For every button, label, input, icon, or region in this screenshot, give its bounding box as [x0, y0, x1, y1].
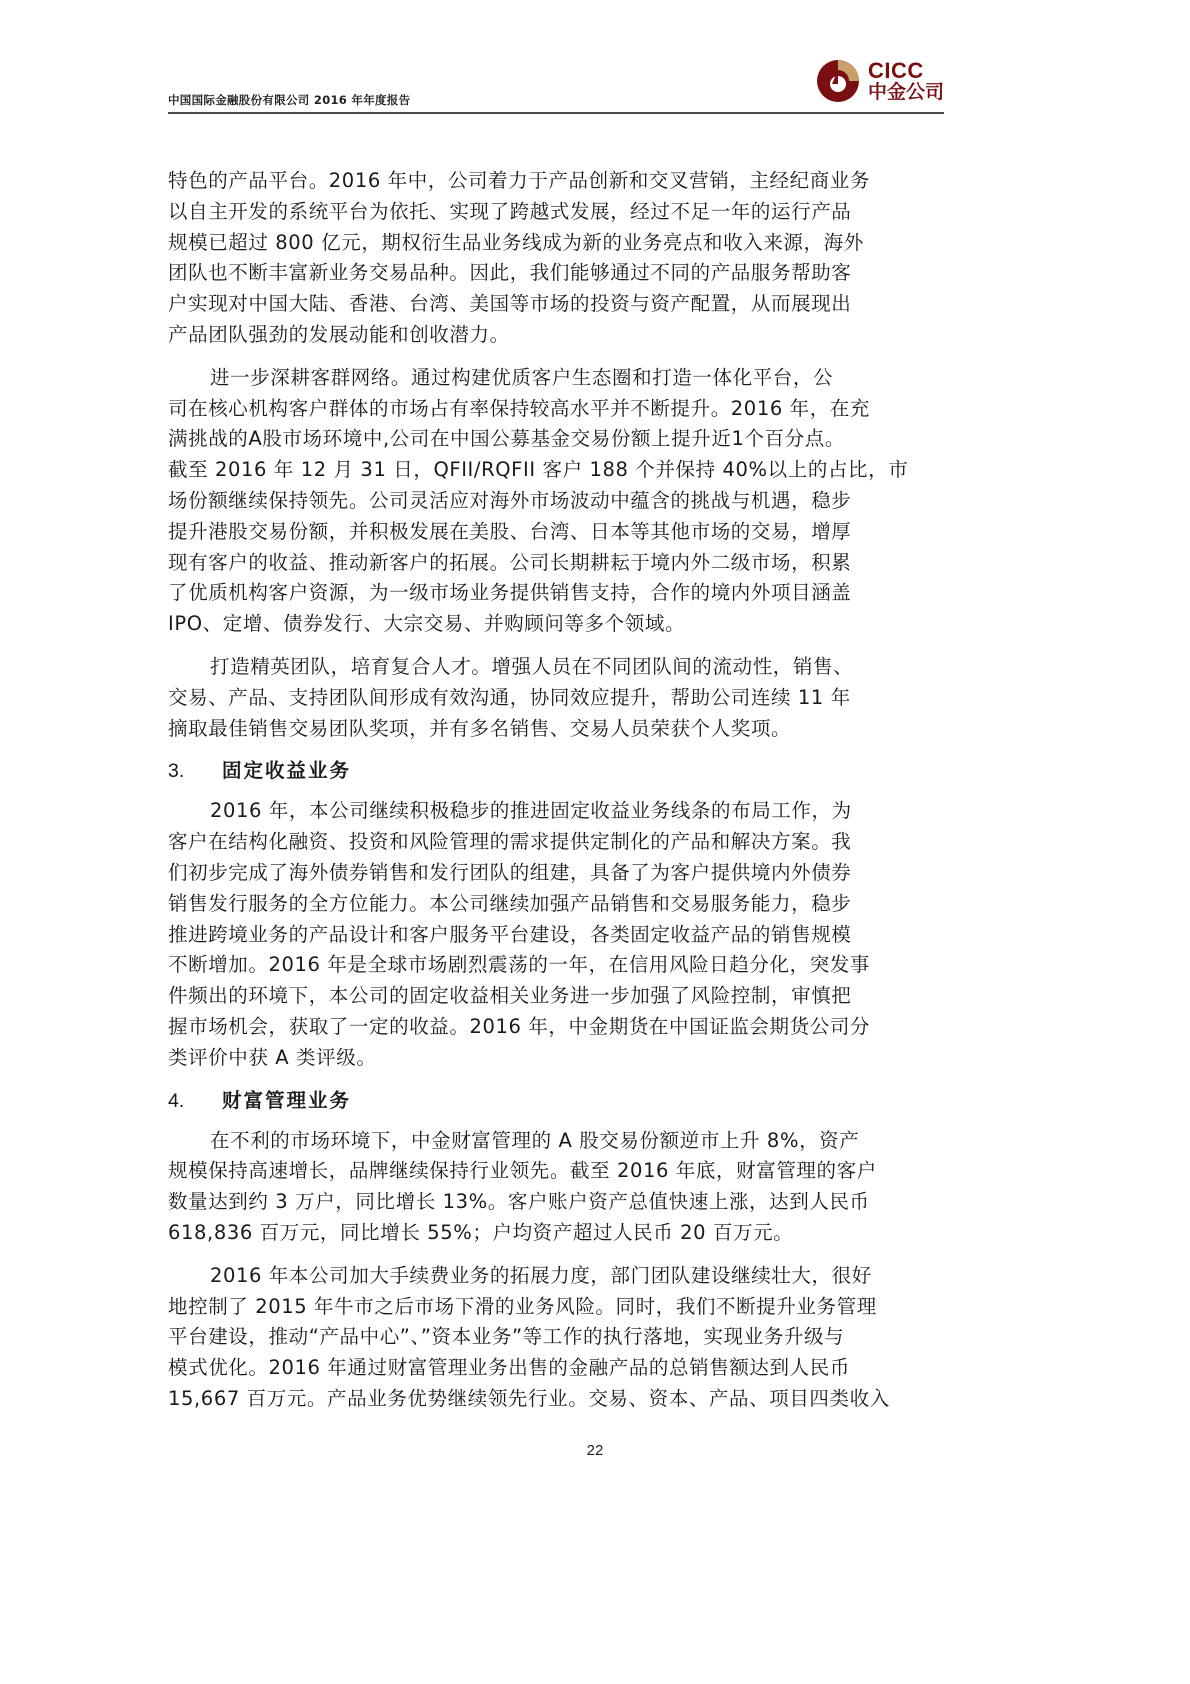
text-line: 在不利的市场环境下，中金财富管理的 A 股交易份额逆市上升 8%，资产 [168, 1126, 944, 1157]
text-line: 特色的产品平台。2016 年中，公司着力于产品创新和交叉营销，主经纪商业务 [168, 166, 944, 197]
section-heading-fixed-income: 3. 固定收益业务 [168, 756, 944, 786]
text-line: 团队也不断丰富新业务交易品种。因此，我们能够通过不同的产品服务帮助客 [168, 258, 944, 289]
text-line: 场份额继续保持领先。公司灵活应对海外市场波动中蕴含的挑战与机遇，稳步 [168, 486, 944, 517]
paragraph-client-network: 进一步深耕客群网络。通过构建优质客户生态圈和打造一体化平台，公 司在核心机构客户… [168, 363, 944, 640]
header-divider [168, 112, 944, 114]
text-line: 不断增加。2016 年是全球市场剧烈震荡的一年，在信用风险日趋分化，突发事 [168, 950, 944, 981]
text-line: 打造精英团队，培育复合人才。增强人员在不同团队间的流动性，销售、 [168, 652, 944, 683]
text-line: 握市场机会，获取了一定的收益。2016 年，中金期货在中国证监会期货公司分 [168, 1012, 944, 1043]
text-line: 了优质机构客户资源，为一级市场业务提供销售支持，合作的境内外项目涵盖 [168, 578, 944, 609]
text-line: 们初步完成了海外债券销售和发行团队的组建，具备了为客户提供境内外债券 [168, 858, 944, 889]
logo-text-cn: 中金公司 [868, 83, 944, 102]
text-line: 地控制了 2015 年牛市之后市场下滑的业务风险。同时，我们不断提升业务管理 [168, 1292, 944, 1323]
text-line: 进一步深耕客群网络。通过构建优质客户生态圈和打造一体化平台，公 [168, 363, 944, 394]
paragraph-product-platform: 特色的产品平台。2016 年中，公司着力于产品创新和交叉营销，主经纪商业务 以自… [168, 166, 944, 351]
text-line: 产品团队强劲的发展动能和创收潜力。 [168, 320, 944, 351]
cicc-logo-icon [816, 59, 860, 103]
text-line: 模式优化。2016 年通过财富管理业务出售的金融产品的总销售额达到人民币 [168, 1353, 944, 1384]
text-line: 2016 年，本公司继续积极稳步的推进固定收益业务线条的布局工作，为 [168, 796, 944, 827]
paragraph-fee-business: 2016 年本公司加大手续费业务的拓展力度，部门团队建设继续壮大，很好 地控制了… [168, 1261, 944, 1415]
text-line: 平台建设，推动“产品中心”、”资本业务”等工作的执行落地，实现业务升级与 [168, 1322, 944, 1353]
text-line: 摘取最佳销售交易团队奖项，并有多名销售、交易人员荣获个人奖项。 [168, 714, 944, 745]
text-line: 提升港股交易份额，并积极发展在美股、台湾、日本等其他市场的交易，增厚 [168, 517, 944, 548]
section-number: 4. [168, 1086, 222, 1116]
text-line: 15,667 百万元。产品业务优势继续领先行业。交易、资本、产品、项目四类收入 [168, 1384, 944, 1415]
text-line: 推进跨境业务的产品设计和客户服务平台建设，各类固定收益产品的销售规模 [168, 920, 944, 951]
text-line: 规模保持高速增长，品牌继续保持行业领先。截至 2016 年底，财富管理的客户 [168, 1156, 944, 1187]
text-line: 司在核心机构客户群体的市场占有率保持较高水平并不断提升。2016 年，在充 [168, 394, 944, 425]
text-line: 交易、产品、支持团队间形成有效沟通，协同效应提升，帮助公司连续 11 年 [168, 683, 944, 714]
text-line: 以自主开发的系统平台为依托、实现了跨越式发展，经过不足一年的运行产品 [168, 197, 944, 228]
text-line: 截至 2016 年 12 月 31 日，QFII/RQFII 客户 188 个并… [168, 455, 944, 486]
logo-text-en: CICC [868, 60, 944, 82]
section-title: 固定收益业务 [222, 756, 351, 786]
report-title: 中国国际金融股份有限公司 2016 年年度报告 [168, 92, 410, 108]
text-line: 规模已超过 800 亿元，期权衍生品业务线成为新的业务亮点和收入来源，海外 [168, 228, 944, 259]
text-line: 2016 年本公司加大手续费业务的拓展力度，部门团队建设继续壮大，很好 [168, 1261, 944, 1292]
text-line: 销售发行服务的全方位能力。本公司继续加强产品销售和交易服务能力，稳步 [168, 889, 944, 920]
text-line: 类评价中获 A 类评级。 [168, 1043, 944, 1074]
page-content: 特色的产品平台。2016 年中，公司着力于产品创新和交叉营销，主经纪商业务 以自… [168, 166, 944, 1427]
paragraph-wealth-share: 在不利的市场环境下，中金财富管理的 A 股交易份额逆市上升 8%，资产 规模保持… [168, 1126, 944, 1249]
text-line: 满挑战的A股市场环境中,公司在中国公募基金交易份额上提升近1个百分点。 [168, 424, 944, 455]
text-line: 618,836 百万元，同比增长 55%；户均资产超过人民币 20 百万元。 [168, 1218, 944, 1249]
text-line: IPO、定增、债券发行、大宗交易、并购顾问等多个领域。 [168, 609, 944, 640]
text-line: 件频出的环境下，本公司的固定收益相关业务进一步加强了风险控制，审慎把 [168, 981, 944, 1012]
paragraph-elite-team: 打造精英团队，培育复合人才。增强人员在不同团队间的流动性，销售、 交易、产品、支… [168, 652, 944, 744]
section-title: 财富管理业务 [222, 1086, 351, 1116]
page-number: 22 [0, 1442, 1190, 1459]
page-header: 中国国际金融股份有限公司 2016 年年度报告 CICC 中金公司 [168, 50, 944, 114]
section-number: 3. [168, 756, 222, 786]
cicc-logo: CICC 中金公司 [816, 56, 944, 106]
paragraph-fixed-income: 2016 年，本公司继续积极稳步的推进固定收益业务线条的布局工作，为 客户在结构… [168, 796, 944, 1073]
text-line: 现有客户的收益、推动新客户的拓展。公司长期耕耘于境内外二级市场，积累 [168, 548, 944, 579]
text-line: 户实现对中国大陆、香港、台湾、美国等市场的投资与资产配置，从而展现出 [168, 289, 944, 320]
text-line: 客户在结构化融资、投资和风险管理的需求提供定制化的产品和解决方案。我 [168, 827, 944, 858]
section-heading-wealth-management: 4. 财富管理业务 [168, 1086, 944, 1116]
text-line: 数量达到约 3 万户，同比增长 13%。客户账户资产总值快速上涨，达到人民币 [168, 1187, 944, 1218]
